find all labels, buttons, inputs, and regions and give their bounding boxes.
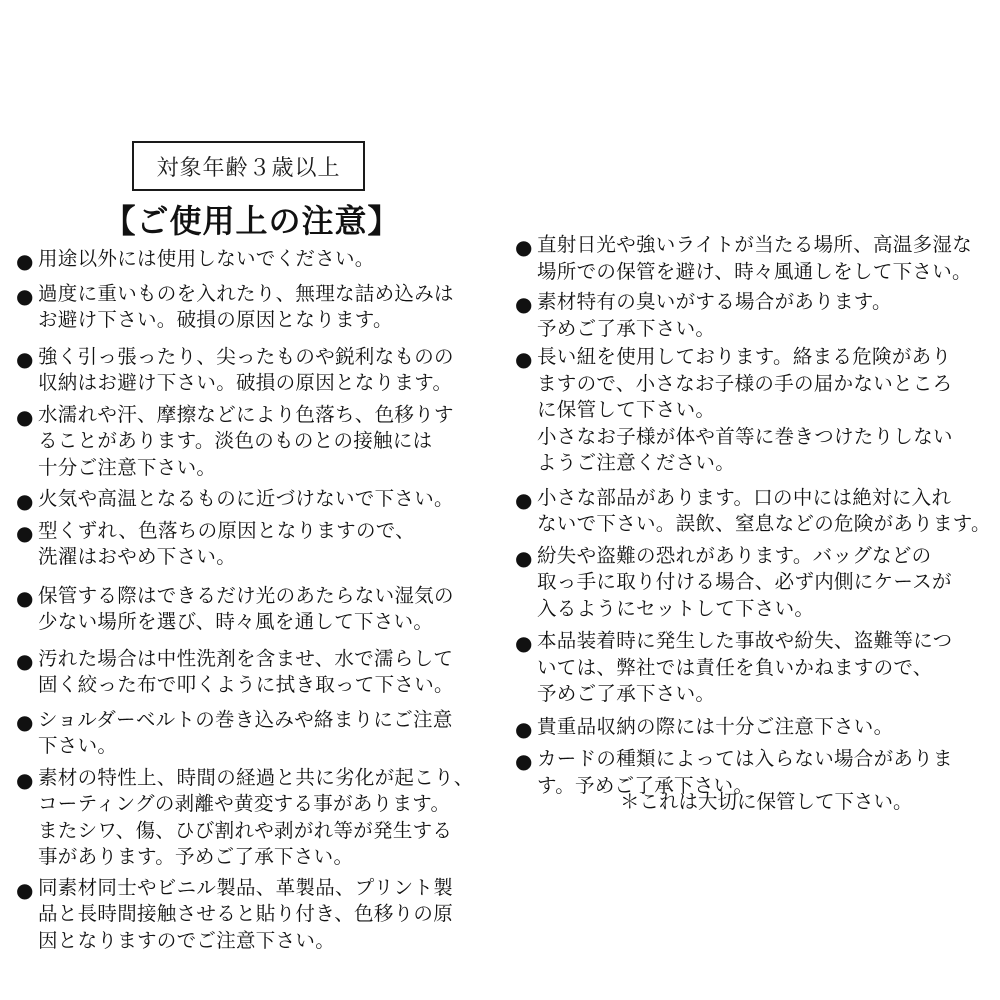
footer-note: ＊これは大切に保管して下さい。 (620, 786, 913, 814)
caution-text-line: 保管する際はできるだけ光のあたらない湿気の (38, 583, 496, 610)
caution-text-line: 場所での保管を避け、時々風通しをして下さい。 (537, 259, 995, 286)
caution-item: ●保管する際はできるだけ光のあたらない湿気の少ない場所を選び、時々風を通して下さ… (16, 583, 496, 636)
page-title: 【ご使用上の注意】 (92, 196, 412, 242)
caution-item: ●汚れた場合は中性洗剤を含ませ、水で濡らして固く絞った布で叩くように拭き取って下… (16, 646, 496, 699)
bullet-icon: ● (16, 346, 33, 372)
caution-text-line: 強く引っ張ったり、尖ったものや鋭利なものの (38, 344, 496, 371)
caution-item: ●素材特有の臭いがする場合があります。予めご了承下さい。 (515, 289, 995, 342)
caution-text-line: いては、弊社では責任を負いかねますので、 (537, 655, 995, 682)
bullet-icon: ● (16, 248, 33, 274)
caution-text-line: ようご注意ください。 (537, 450, 995, 477)
age-label-box: 対象年齢３歳以上 (132, 141, 365, 191)
caution-item: ●長い紐を使用しております。絡まる危険がありますので、小さなお子様の手の届かない… (515, 344, 995, 477)
caution-text-line: 長い紐を使用しております。絡まる危険があり (537, 344, 995, 371)
bullet-icon: ● (16, 709, 33, 735)
caution-item: ●用途以外には使用しないでください。 (16, 246, 496, 273)
caution-text-line: ショルダーベルトの巻き込みや絡まりにご注意 (38, 707, 496, 734)
caution-item: ●素材の特性上、時間の経過と共に劣化が起こり、コーティングの剥離や黄変する事があ… (16, 765, 496, 871)
caution-text-line: 予めご了承下さい。 (537, 681, 995, 708)
caution-text-line: 用途以外には使用しないでください。 (38, 246, 496, 273)
caution-text-line: 固く絞った布で叩くように拭き取って下さい。 (38, 672, 496, 699)
caution-item: ●紛失や盗難の恐れがあります。バッグなどの取っ手に取り付ける場合、必ず内側にケー… (515, 543, 995, 623)
bullet-icon: ● (515, 748, 532, 774)
caution-item: ●火気や高温となるものに近づけないで下さい。 (16, 486, 496, 513)
caution-text-line: お避け下さい。破損の原因となります。 (38, 307, 496, 334)
caution-text-line: ることがあります。淡色のものとの接触には (38, 428, 496, 455)
caution-text-line: 紛失や盗難の恐れがあります。バッグなどの (537, 543, 995, 570)
bullet-icon: ● (16, 585, 33, 611)
caution-text-line: 本品装着時に発生した事故や紛失、盗難等につ (537, 628, 995, 655)
caution-item: ●同素材同士やビニル製品、革製品、プリント製品と長時間接触させると貼り付き、色移… (16, 875, 496, 955)
bullet-icon: ● (16, 648, 33, 674)
caution-text-line: ますので、小さなお子様の手の届かないところ (537, 371, 995, 398)
caution-text-line: 少ない場所を選び、時々風を通して下さい。 (38, 609, 496, 636)
caution-text-line: 貴重品収納の際には十分ご注意下さい。 (537, 714, 995, 741)
caution-text-line: 品と長時間接触させると貼り付き、色移りの原 (38, 901, 496, 928)
caution-text-line: 型くずれ、色落ちの原因となりますので、 (38, 518, 496, 545)
bullet-icon: ● (515, 487, 532, 513)
right-column: ●直射日光や強いライトが当たる場所、高温多湿な場所での保管を避け、時々風通しをし… (515, 232, 995, 799)
bullet-icon: ● (16, 520, 33, 546)
bullet-icon: ● (515, 234, 532, 260)
caution-text-line: 小さな部品があります。口の中には絶対に入れ (537, 485, 995, 512)
caution-text-line: 洗濯はおやめ下さい。 (38, 544, 496, 571)
caution-text-line: 小さなお子様が体や首等に巻きつけたりしない (537, 424, 995, 451)
caution-text-line: ないで下さい。誤飲、窒息などの危険があります。 (537, 511, 995, 538)
bullet-icon: ● (515, 716, 532, 742)
bullet-icon: ● (515, 291, 532, 317)
bullet-icon: ● (16, 877, 33, 903)
caution-text-line: 汚れた場合は中性洗剤を含ませ、水で濡らして (38, 646, 496, 673)
caution-text-line: 因となりますのでご注意下さい。 (38, 928, 496, 955)
caution-text-line: カードの種類によっては入らない場合がありま (537, 746, 995, 773)
caution-text-line: 水濡れや汗、摩擦などにより色落ち、色移りす (38, 402, 496, 429)
caution-text-line: 同素材同士やビニル製品、革製品、プリント製 (38, 875, 496, 902)
caution-text-line: コーティングの剥離や黄変する事があります。 (38, 791, 496, 818)
bullet-icon: ● (515, 545, 532, 571)
caution-item: ●小さな部品があります。口の中には絶対に入れないで下さい。誤飲、窒息などの危険が… (515, 485, 995, 538)
caution-item: ●水濡れや汗、摩擦などにより色落ち、色移りすることがあります。淡色のものとの接触… (16, 402, 496, 482)
caution-item: ●ショルダーベルトの巻き込みや絡まりにご注意下さい。 (16, 707, 496, 760)
caution-item: ●貴重品収納の際には十分ご注意下さい。 (515, 714, 995, 741)
caution-text-line: 事があります。予めご了承下さい。 (38, 844, 496, 871)
caution-text-line: 取っ手に取り付ける場合、必ず内側にケースが (537, 569, 995, 596)
caution-text-line: またシワ、傷、ひび割れや剥がれ等が発生する (38, 818, 496, 845)
caution-text-line: 下さい。 (38, 733, 496, 760)
caution-text-line: 十分ご注意下さい。 (38, 455, 496, 482)
caution-item: ●過度に重いものを入れたり、無理な詰め込みはお避け下さい。破損の原因となります。 (16, 281, 496, 334)
caution-item: ●直射日光や強いライトが当たる場所、高温多湿な場所での保管を避け、時々風通しをし… (515, 232, 995, 285)
caution-text-line: 入るようにセットして下さい。 (537, 596, 995, 623)
caution-text-line: 予めご了承下さい。 (537, 316, 995, 343)
bullet-icon: ● (16, 488, 33, 514)
bullet-icon: ● (16, 404, 33, 430)
caution-text-line: 火気や高温となるものに近づけないで下さい。 (38, 486, 496, 513)
caution-text-line: 収納はお避け下さい。破損の原因となります。 (38, 370, 496, 397)
bullet-icon: ● (16, 767, 33, 793)
bullet-icon: ● (515, 346, 532, 372)
bullet-icon: ● (16, 283, 33, 309)
caution-item: ●強く引っ張ったり、尖ったものや鋭利なものの収納はお避け下さい。破損の原因となり… (16, 344, 496, 397)
caution-item: ●本品装着時に発生した事故や紛失、盗難等については、弊社では責任を負いかねますの… (515, 628, 995, 708)
caution-text-line: 素材の特性上、時間の経過と共に劣化が起こり、 (38, 765, 496, 792)
caution-item: ●型くずれ、色落ちの原因となりますので、洗濯はおやめ下さい。 (16, 518, 496, 571)
age-label: 対象年齢３歳以上 (156, 151, 340, 182)
caution-text-line: に保管して下さい。 (537, 397, 995, 424)
caution-text-line: 直射日光や強いライトが当たる場所、高温多湿な (537, 232, 995, 259)
caution-text-line: 過度に重いものを入れたり、無理な詰め込みは (38, 281, 496, 308)
left-column: ●用途以外には使用しないでください。●過度に重いものを入れたり、無理な詰め込みは… (16, 246, 496, 954)
bullet-icon: ● (515, 630, 532, 656)
caution-text-line: 素材特有の臭いがする場合があります。 (537, 289, 995, 316)
